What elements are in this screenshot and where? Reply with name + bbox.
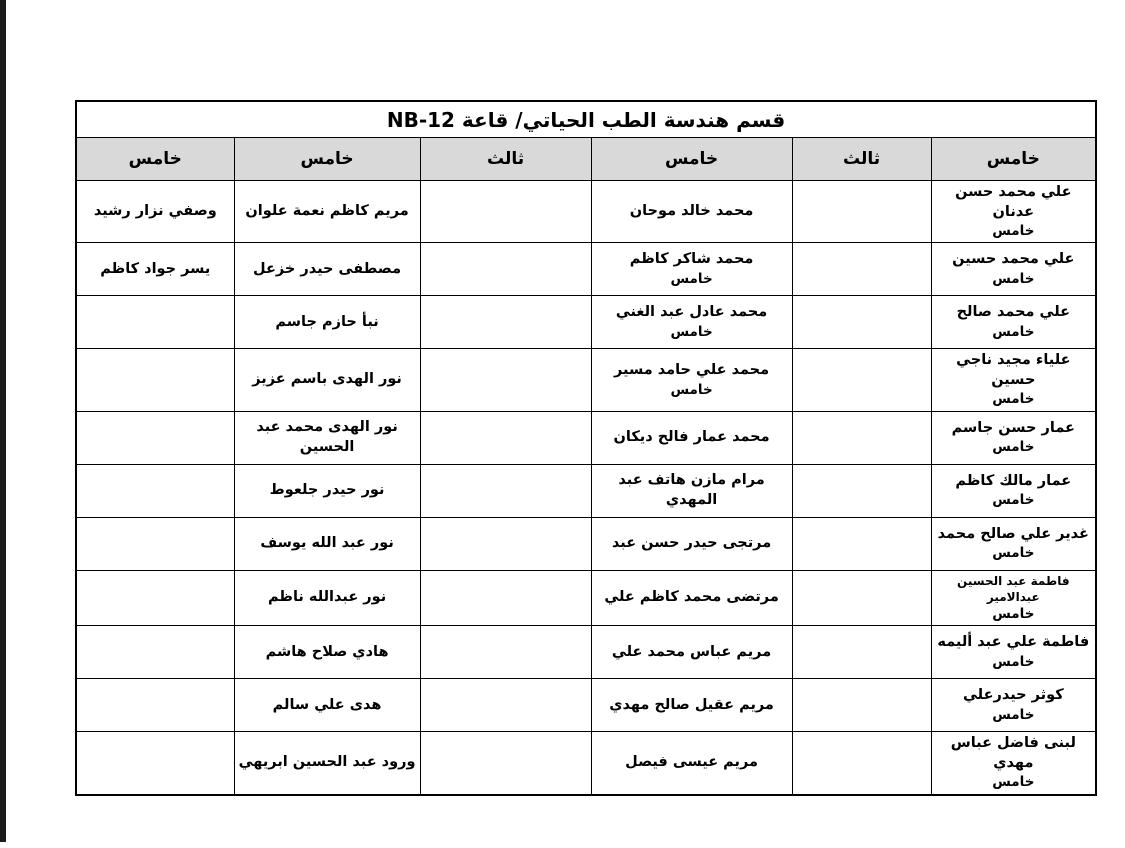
student-cell: محمد عمار فالح ديكان [591, 411, 792, 464]
student-cell: مصطفى حيدر خزعل [234, 243, 420, 296]
student-cell: مريم كاظم نعمة علوان [234, 181, 420, 243]
empty-cell [420, 464, 591, 517]
student-cell: محمد شاكر كاظمخامس [591, 243, 792, 296]
student-name: لبنى فاضل عباس مهدي [936, 734, 1092, 773]
empty-cell [792, 732, 931, 795]
table-row: فاطمة عبد الحسين عبدالاميرخامسمرتضى محمد… [76, 570, 1096, 626]
student-name: مريم عقيل صالح مهدي [596, 696, 788, 716]
student-cell: وصفي نزار رشيد [76, 181, 234, 243]
student-cell: محمد عادل عبد الغنيخامس [591, 296, 792, 349]
table-row: كوثر حيدرعليخامسمريم عقيل صالح مهديهدى ع… [76, 679, 1096, 732]
level-label: خامس [936, 706, 1092, 724]
table-row: علي محمد صالحخامسمحمد عادل عبد الغنيخامس… [76, 296, 1096, 349]
student-cell: نور عبد الله يوسف [234, 517, 420, 570]
empty-cell [76, 349, 234, 411]
student-name: مريم عيسى فيصل [596, 753, 788, 773]
student-name: مريم كاظم نعمة علوان [239, 202, 416, 222]
student-cell: نور حيدر جلعوط [234, 464, 420, 517]
seating-table: قسم هندسة الطب الحياتي/ قاعة NB-12 خامسث… [75, 100, 1097, 796]
empty-cell [420, 679, 591, 732]
empty-cell [792, 464, 931, 517]
level-label: خامس [936, 491, 1092, 509]
empty-cell [792, 517, 931, 570]
student-name: فاطمة عبد الحسين عبدالامير [936, 573, 1092, 605]
table-row: فاطمة علي عبد أليمهخامسمريم عباس محمد عل… [76, 626, 1096, 679]
student-name: نور الهدى محمد عبد الحسين [239, 418, 416, 457]
student-cell: محمد علي حامد مسيرخامس [591, 349, 792, 411]
level-label: خامس [936, 605, 1092, 623]
student-cell: مرتضى محمد كاظم علي [591, 570, 792, 626]
student-cell: نور الهدى محمد عبد الحسين [234, 411, 420, 464]
student-cell: مريم عقيل صالح مهدي [591, 679, 792, 732]
student-cell: ورود عبد الحسين ابريهي [234, 732, 420, 795]
level-label: خامس [936, 438, 1092, 456]
table-row: لبنى فاضل عباس مهديخامسمريم عيسى فيصلورو… [76, 732, 1096, 795]
empty-cell [792, 570, 931, 626]
empty-cell [76, 411, 234, 464]
student-name: هادي صلاح هاشم [239, 643, 416, 663]
level-label: خامس [596, 381, 788, 399]
student-cell: هادي صلاح هاشم [234, 626, 420, 679]
student-cell: نور الهدى باسم عزيز [234, 349, 420, 411]
table-title: قسم هندسة الطب الحياتي/ قاعة NB-12 [76, 101, 1096, 138]
empty-cell [792, 181, 931, 243]
level-label: خامس [936, 773, 1092, 791]
student-cell: نور عبدالله ناظم [234, 570, 420, 626]
table-row: عمار مالك كاظمخامسمرام مازن هاتف عبد الم… [76, 464, 1096, 517]
table-row: علياء مجيد ناجي حسينخامسمحمد علي حامد مس… [76, 349, 1096, 411]
student-name: محمد خالد موحان [596, 202, 788, 222]
level-label: خامس [936, 270, 1092, 288]
title-row: قسم هندسة الطب الحياتي/ قاعة NB-12 [76, 101, 1096, 138]
empty-cell [420, 349, 591, 411]
student-name: نبأ حازم جاسم [239, 313, 416, 333]
level-label: خامس [936, 653, 1092, 671]
student-name: علي محمد صالح [936, 303, 1092, 323]
empty-cell [792, 411, 931, 464]
empty-cell [76, 679, 234, 732]
student-name: مصطفى حيدر خزعل [239, 260, 416, 280]
student-cell: يسر جواد كاظم [76, 243, 234, 296]
level-label: خامس [936, 544, 1092, 562]
table-body: علي محمد حسن عدنانخامسمحمد خالد موحانمري… [76, 181, 1096, 795]
empty-cell [420, 517, 591, 570]
level-label: خامس [596, 323, 788, 341]
student-cell: مريم عباس محمد علي [591, 626, 792, 679]
column-header: ثالث [792, 138, 931, 181]
empty-cell [792, 679, 931, 732]
empty-cell [420, 181, 591, 243]
empty-cell [420, 732, 591, 795]
empty-cell [76, 570, 234, 626]
student-name: محمد عادل عبد الغني [596, 303, 788, 323]
student-name: عمار حسن جاسم [936, 419, 1092, 439]
empty-cell [76, 464, 234, 517]
student-name: علياء مجيد ناجي حسين [936, 351, 1092, 390]
student-cell: غدير علي صالح محمدخامس [931, 517, 1096, 570]
empty-cell [792, 296, 931, 349]
student-cell: عمار مالك كاظمخامس [931, 464, 1096, 517]
student-cell: مرتجى حيدر حسن عبد [591, 517, 792, 570]
student-cell: علي محمد حسن عدنانخامس [931, 181, 1096, 243]
student-cell: محمد خالد موحان [591, 181, 792, 243]
empty-cell [420, 570, 591, 626]
student-cell: لبنى فاضل عباس مهديخامس [931, 732, 1096, 795]
table-row: علي محمد حسن عدنانخامسمحمد خالد موحانمري… [76, 181, 1096, 243]
student-name: نور عبد الله يوسف [239, 534, 416, 554]
table-row: علي محمد حسينخامسمحمد شاكر كاظمخامسمصطفى… [76, 243, 1096, 296]
empty-cell [792, 349, 931, 411]
scanned-page: { "page": { "background": "#ffffff", "sc… [0, 0, 1125, 848]
student-cell: فاطمة عبد الحسين عبدالاميرخامس [931, 570, 1096, 626]
empty-cell [420, 296, 591, 349]
column-header: ثالث [420, 138, 591, 181]
student-name: عمار مالك كاظم [936, 472, 1092, 492]
level-label: خامس [936, 390, 1092, 408]
student-cell: مريم عيسى فيصل [591, 732, 792, 795]
empty-cell [792, 626, 931, 679]
student-name: مرتجى حيدر حسن عبد [596, 534, 788, 554]
header-row: خامسثالثخامسثالثخامسخامس [76, 138, 1096, 181]
level-label: خامس [596, 270, 788, 288]
student-cell: علي محمد صالحخامس [931, 296, 1096, 349]
column-header: خامس [234, 138, 420, 181]
student-name: محمد علي حامد مسير [596, 361, 788, 381]
student-cell: كوثر حيدرعليخامس [931, 679, 1096, 732]
student-cell: عمار حسن جاسمخامس [931, 411, 1096, 464]
level-label: خامس [936, 222, 1092, 240]
column-header: خامس [76, 138, 234, 181]
student-name: محمد شاكر كاظم [596, 250, 788, 270]
student-cell: هدى علي سالم [234, 679, 420, 732]
student-name: فاطمة علي عبد أليمه [936, 633, 1092, 653]
empty-cell [76, 732, 234, 795]
empty-cell [76, 517, 234, 570]
table-row: عمار حسن جاسمخامسمحمد عمار فالح ديكاننور… [76, 411, 1096, 464]
student-name: مريم عباس محمد علي [596, 643, 788, 663]
student-name: علي محمد حسن عدنان [936, 183, 1092, 222]
student-name: نور الهدى باسم عزيز [239, 370, 416, 390]
student-cell: علياء مجيد ناجي حسينخامس [931, 349, 1096, 411]
student-name: نور حيدر جلعوط [239, 481, 416, 501]
column-header: خامس [591, 138, 792, 181]
student-name: يسر جواد كاظم [81, 260, 230, 280]
student-name: كوثر حيدرعلي [936, 686, 1092, 706]
empty-cell [420, 243, 591, 296]
student-name: مرتضى محمد كاظم علي [596, 588, 788, 608]
student-name: نور عبدالله ناظم [239, 588, 416, 608]
empty-cell [420, 411, 591, 464]
student-name: محمد عمار فالح ديكان [596, 428, 788, 448]
student-name: مرام مازن هاتف عبد المهدي [596, 471, 788, 510]
student-cell: علي محمد حسينخامس [931, 243, 1096, 296]
scanner-edge-artifact [0, 0, 6, 842]
student-cell: نبأ حازم جاسم [234, 296, 420, 349]
empty-cell [420, 626, 591, 679]
level-label: خامس [936, 323, 1092, 341]
empty-cell [792, 243, 931, 296]
column-header: خامس [931, 138, 1096, 181]
empty-cell [76, 296, 234, 349]
table-row: غدير علي صالح محمدخامسمرتجى حيدر حسن عبد… [76, 517, 1096, 570]
student-cell: فاطمة علي عبد أليمهخامس [931, 626, 1096, 679]
student-name: علي محمد حسين [936, 250, 1092, 270]
student-name: غدير علي صالح محمد [936, 525, 1092, 545]
student-cell: مرام مازن هاتف عبد المهدي [591, 464, 792, 517]
student-name: ورود عبد الحسين ابريهي [239, 753, 416, 773]
student-name: هدى علي سالم [239, 696, 416, 716]
empty-cell [76, 626, 234, 679]
student-name: وصفي نزار رشيد [81, 202, 230, 222]
